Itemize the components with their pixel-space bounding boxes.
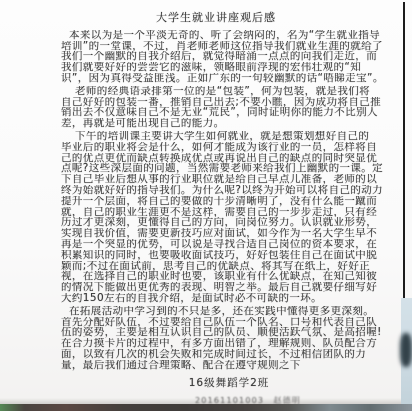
text-line: 就，自己的职业生涯更不是这样，需要自己的一步步走过，只有经	[61, 207, 401, 218]
text-line: 积累知识的同时，也要吸收面试技巧，好好包装住自己在面试中脱	[61, 250, 401, 261]
paragraph: 在拓展活动中学习到的不只是多，还在实践中懂得更多更深刻。 首先分配好队伍，不过要…	[61, 306, 401, 371]
text-line: 下自己毕业后想从事的行业职位就是给自己早点儿准备，老师的以	[61, 174, 401, 185]
paragraph: 下午的培训课主要讲大学生如何就业，就是想策划想好自己的 毕业后的职业将会是什么，…	[61, 131, 401, 304]
text-line: 我们就要好好的尝尝它的滋味，领略眼前浮现的宏伟壮观的“知	[61, 62, 401, 73]
text-line: 点呢?这些深层面的问题，当然需要老师来给我们上幽默的一课。定	[61, 163, 401, 174]
text-line: 培训”的一堂课，不过，肖老师老师这位指导我们就业生涯的就给了	[61, 41, 401, 52]
text-line: 在合力摸卡片的过程中，有多方面出错了，理解规则、队员配合方	[61, 338, 401, 349]
paragraph: 老师的经典语录排第一位的是“包装”，何为包装，就是我们将 自己好好的包装一番，推…	[61, 86, 401, 129]
text-line: 大约150左右的自我介绍，是面试时必不可缺的一环。	[61, 293, 401, 304]
text-line: 伍的姿势，主要是相互认识自己的队员、顺便活跃气氛、是高招喔!	[61, 327, 401, 338]
text-line: 本来以为是一个平淡无奇的、听了会纳闷的，名为“学生就业指导	[61, 30, 401, 41]
table-edge-band	[0, 404, 412, 411]
text-line: 识”，因为真得受益匪浅。正如广东的一句较幽默的话“唔睇走宝”。	[61, 73, 401, 84]
background-smudge	[400, 333, 412, 367]
paper-edge-line	[403, 2, 405, 298]
text-line: 老师的经典语录排第一位的是“包装”，何为包装，就是我们将	[61, 86, 401, 97]
text-line: 实现自我价值，需要更新技巧应对面试，如今作为一名大学生早不	[61, 228, 401, 239]
text-line: 己的优点更优而缺点转换成优点或再说出自己的缺点的同时突显优	[61, 153, 401, 164]
text-line: 历过才更深刻，更懂得自己的方向，向岗位努力。认识就业形势，	[61, 217, 401, 228]
paragraph: 本来以为是一个平淡无奇的、听了会纳闷的，名为“学生就业指导 培训”的一堂课，不过…	[61, 30, 401, 84]
document-body: 大学生就业讲座观后感 本来以为是一个平淡无奇的、听了会纳闷的，名为“学生就业指导…	[61, 13, 401, 388]
text-line: 终为始就好好的指导我们。为什么呢?以终为开始可以将自己的动力	[61, 185, 401, 196]
text-line: 提升一个层面，将自己的要做的十步清晰明了，没有什么能一蹴而	[61, 196, 401, 207]
text-line: 的情况下能做出更优秀的表现、明智之举。最后自己就要仔细写好	[61, 282, 401, 293]
text-line: 自己好好的包装一番，推销自己出去;不要小瞧，因为成功将自己推	[61, 97, 401, 108]
text-line: 在拓展活动中学习到的不只是多，还在实践中懂得更多更深刻。	[61, 306, 401, 317]
text-line: 差，再就是可能出现自己的能力。	[61, 118, 401, 129]
text-line: 毕业后的职业将会是什么，如何才能成为该行业的一员，怎样将自	[61, 142, 401, 153]
text-line: 颖而;不过在面试前，思考自己的优缺点、将其写在纸上，好好正	[61, 261, 401, 272]
scanned-document-photo: 大学生就业讲座观后感 本来以为是一个平淡无奇的、听了会纳闷的，名为“学生就业指导…	[0, 0, 412, 411]
text-line: 量，最后我们通过合理策略、配合在遵守规则之下	[61, 360, 401, 371]
text-line: 再是一个突显的优势，可以说是寻找合适自己岗位的资本要求，在	[61, 239, 401, 250]
text-line: 销出去不仅意味自己不是无业“荒民”，同时证明你的能力不比别人	[61, 107, 401, 118]
text-line: 首先分配好队伍，不过要给自己队伍一个队名、口号和代表自己队	[61, 317, 401, 328]
class-name: 16级舞蹈学2班	[59, 378, 399, 389]
text-line: 我们一个幽默的自我介绍后，就觉得暗涌一点点的向我们走近，而	[61, 51, 401, 62]
text-line: 视，在选择自己的职业时也要，该职业有什么优缺点，在知己知彼	[61, 271, 401, 282]
text-line: 下午的培训课主要讲大学生如何就业，就是想策划想好自己的	[61, 131, 401, 142]
text-line: 面，以致有几次的机会失败和完成时间过长，不过相信团队的力	[61, 349, 401, 360]
document-title: 大学生就业讲座观后感	[46, 13, 386, 24]
